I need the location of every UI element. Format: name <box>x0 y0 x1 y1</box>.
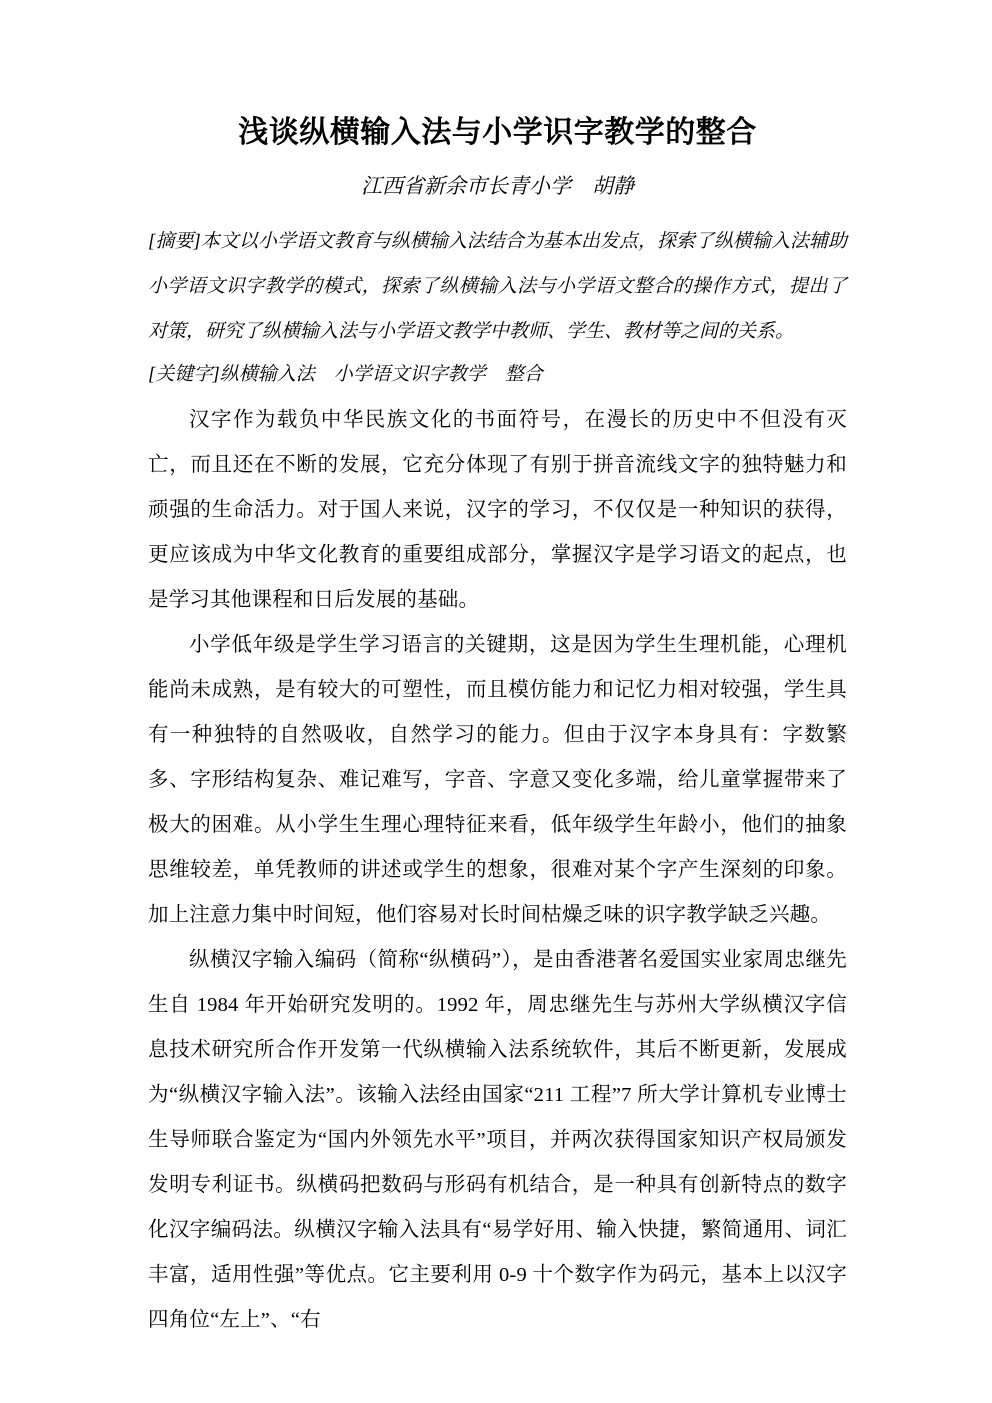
paragraph-hanzi-heritage: 汉字作为载负中华民族文化的书面符号，在漫长的历史中不但没有灭亡，而且还在不断的发… <box>148 398 847 623</box>
paragraph-zongheng-code: 纵横汉字输入编码（简称“纵横码”），是由香港著名爱国实业家周忠继先生自 1984… <box>148 938 847 1343</box>
document-page: 浅谈纵横输入法与小学识字教学的整合 江西省新余市长青小学 胡静 [摘要]本文以小… <box>0 0 992 1403</box>
text-block: 浅谈纵横输入法与小学识字教学的整合 江西省新余市长青小学 胡静 [摘要]本文以小… <box>148 0 847 1343</box>
abstract-text: [摘要]本文以小学语文教育与纵横输入法结合为基本出发点，探索了纵横输入法辅助小学… <box>148 219 847 354</box>
author-line: 江西省新余市长青小学 胡静 <box>148 171 847 201</box>
paragraph-young-learners: 小学低年级是学生学习语言的关键期，这是因为学生生理机能，心理机能尚未成熟，是有较… <box>148 623 847 938</box>
keywords-text: [关键字]纵横输入法 小学语文识字教学 整合 <box>148 354 847 396</box>
body-text: 汉字作为载负中华民族文化的书面符号，在漫长的历史中不但没有灭亡，而且还在不断的发… <box>148 398 847 1343</box>
page-title: 浅谈纵横输入法与小学识字教学的整合 <box>148 112 847 154</box>
